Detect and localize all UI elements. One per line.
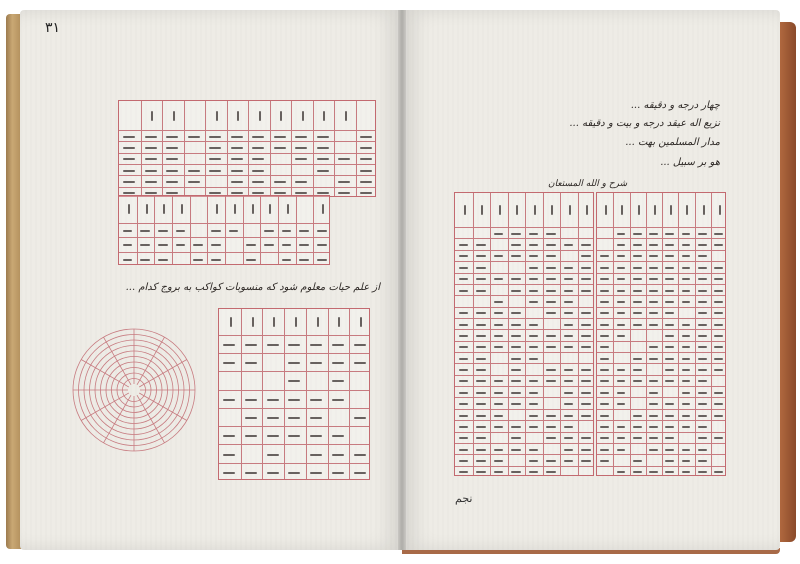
handwritten-entry bbox=[529, 324, 539, 326]
handwritten-entry bbox=[529, 449, 539, 451]
row-rule bbox=[455, 454, 593, 455]
handwritten-entry bbox=[158, 259, 168, 261]
handwritten-entry bbox=[476, 358, 486, 360]
handwritten-entry bbox=[459, 460, 469, 462]
row-rule bbox=[597, 295, 725, 296]
handwritten-entry bbox=[546, 346, 556, 348]
handwritten-entry bbox=[564, 301, 574, 303]
handwritten-entry bbox=[459, 403, 469, 405]
row-rule bbox=[597, 420, 725, 421]
middle-table bbox=[118, 195, 330, 265]
handwritten-entry bbox=[246, 259, 256, 261]
handwritten-entry bbox=[464, 205, 466, 215]
handwritten-entry bbox=[516, 205, 518, 215]
handwritten-entry bbox=[665, 369, 674, 371]
handwritten-entry bbox=[698, 278, 707, 280]
handwritten-entry bbox=[145, 181, 157, 183]
handwritten-entry bbox=[564, 278, 574, 280]
handwritten-entry bbox=[600, 426, 609, 428]
handwritten-entry bbox=[511, 380, 521, 382]
handwritten-entry bbox=[158, 230, 168, 232]
handwritten-entry bbox=[511, 312, 521, 314]
handwritten-entry bbox=[600, 369, 609, 371]
row-rule bbox=[455, 329, 593, 330]
handwritten-entry bbox=[145, 170, 157, 172]
handwritten-entry bbox=[123, 259, 133, 261]
right-page-left-table bbox=[454, 192, 594, 476]
row-rule bbox=[119, 153, 375, 154]
handwritten-entry bbox=[476, 437, 486, 439]
handwritten-entry bbox=[476, 415, 486, 417]
handwritten-entry bbox=[299, 259, 309, 261]
folio-number: ٣١ bbox=[45, 20, 60, 36]
handwritten-entry bbox=[245, 344, 257, 346]
handwritten-entry bbox=[698, 369, 707, 371]
handwritten-entry bbox=[230, 317, 232, 327]
handwritten-entry bbox=[698, 392, 707, 394]
handwritten-entry bbox=[274, 136, 286, 138]
handwritten-entry bbox=[564, 312, 574, 314]
handwritten-entry bbox=[360, 136, 372, 138]
handwritten-entry bbox=[310, 399, 322, 401]
handwritten-entry bbox=[295, 317, 297, 327]
handwritten-entry bbox=[123, 170, 135, 172]
handwritten-entry bbox=[529, 346, 539, 348]
handwritten-entry bbox=[682, 290, 691, 292]
handwritten-entry bbox=[511, 437, 521, 439]
handwritten-entry bbox=[287, 204, 289, 214]
column-rule bbox=[225, 196, 226, 264]
handwritten-entry bbox=[581, 278, 591, 280]
handwritten-entry bbox=[633, 278, 642, 280]
handwritten-entry bbox=[288, 417, 300, 419]
handwritten-entry bbox=[649, 426, 658, 428]
handwritten-entry bbox=[209, 147, 221, 149]
column-rule bbox=[695, 193, 696, 475]
handwritten-entry bbox=[529, 415, 539, 417]
handwritten-entry bbox=[546, 290, 556, 292]
handwritten-entry bbox=[459, 415, 469, 417]
handwritten-entry bbox=[140, 230, 150, 232]
handwritten-entry bbox=[166, 170, 178, 172]
handwritten-entry bbox=[529, 267, 539, 269]
handwritten-entry bbox=[211, 244, 221, 246]
handwritten-entry bbox=[529, 301, 539, 303]
handwritten-entry bbox=[163, 204, 165, 214]
handwritten-entry bbox=[617, 278, 626, 280]
column-rule bbox=[141, 101, 142, 196]
handwritten-entry bbox=[193, 259, 203, 261]
handwritten-entry bbox=[209, 170, 221, 172]
handwritten-entry bbox=[581, 392, 591, 394]
row-rule bbox=[597, 250, 725, 251]
handwritten-entry bbox=[617, 335, 626, 337]
handwritten-entry bbox=[494, 312, 504, 314]
handwritten-entry bbox=[649, 358, 658, 360]
handwritten-entry bbox=[223, 472, 235, 474]
paragraph-line-1: چهار درجه و دقیقه ... bbox=[435, 100, 720, 111]
handwritten-entry bbox=[529, 460, 539, 462]
handwritten-entry bbox=[317, 147, 329, 149]
handwritten-entry bbox=[633, 415, 642, 417]
handwritten-entry bbox=[617, 244, 626, 246]
handwritten-entry bbox=[546, 267, 556, 269]
handwritten-entry bbox=[665, 267, 674, 269]
handwritten-entry bbox=[649, 290, 658, 292]
handwritten-entry bbox=[310, 435, 322, 437]
handwritten-entry bbox=[682, 403, 691, 405]
handwritten-entry bbox=[511, 278, 521, 280]
handwritten-entry bbox=[714, 335, 723, 337]
handwritten-entry bbox=[269, 204, 271, 214]
handwritten-entry bbox=[310, 417, 322, 419]
handwritten-entry bbox=[529, 392, 539, 394]
handwritten-entry bbox=[140, 259, 150, 261]
handwritten-entry bbox=[211, 259, 221, 261]
handwritten-entry bbox=[511, 290, 521, 292]
handwritten-entry bbox=[714, 233, 723, 235]
handwritten-entry bbox=[188, 170, 200, 172]
handwritten-entry bbox=[665, 426, 674, 428]
handwritten-entry bbox=[605, 205, 607, 215]
row-rule bbox=[597, 227, 725, 228]
handwritten-entry bbox=[546, 460, 556, 462]
handwritten-entry bbox=[600, 403, 609, 405]
handwritten-entry bbox=[600, 301, 609, 303]
row-rule bbox=[455, 341, 593, 342]
handwritten-entry bbox=[682, 380, 691, 382]
handwritten-entry bbox=[332, 362, 344, 364]
handwritten-entry bbox=[665, 346, 674, 348]
handwritten-entry bbox=[494, 255, 504, 257]
handwritten-entry bbox=[682, 449, 691, 451]
handwritten-entry bbox=[546, 471, 556, 473]
handwritten-entry bbox=[698, 312, 707, 314]
column-rule bbox=[349, 309, 350, 479]
handwritten-entry bbox=[231, 136, 243, 138]
handwritten-entry bbox=[264, 230, 274, 232]
handwritten-entry bbox=[600, 449, 609, 451]
handwritten-entry bbox=[649, 403, 658, 405]
handwritten-entry bbox=[581, 403, 591, 405]
handwritten-entry bbox=[665, 403, 674, 405]
handwritten-entry bbox=[698, 415, 707, 417]
handwritten-entry bbox=[564, 267, 574, 269]
handwritten-entry bbox=[546, 426, 556, 428]
handwritten-entry bbox=[338, 192, 350, 194]
handwritten-entry bbox=[299, 230, 309, 232]
handwritten-entry bbox=[600, 324, 609, 326]
handwritten-entry bbox=[649, 437, 658, 439]
handwritten-entry bbox=[617, 290, 626, 292]
handwritten-entry bbox=[633, 255, 642, 257]
handwritten-entry bbox=[703, 205, 705, 215]
handwritten-entry bbox=[338, 181, 350, 183]
handwritten-entry bbox=[459, 278, 469, 280]
handwritten-entry bbox=[494, 335, 504, 337]
handwritten-entry bbox=[719, 205, 721, 215]
handwritten-entry bbox=[476, 369, 486, 371]
handwritten-entry bbox=[476, 335, 486, 337]
handwritten-entry bbox=[166, 147, 178, 149]
handwritten-entry bbox=[494, 426, 504, 428]
handwritten-entry bbox=[617, 437, 626, 439]
handwritten-entry bbox=[698, 460, 707, 462]
handwritten-entry bbox=[633, 369, 642, 371]
handwritten-entry bbox=[682, 278, 691, 280]
handwritten-entry bbox=[476, 324, 486, 326]
handwritten-entry bbox=[345, 111, 347, 121]
handwritten-entry bbox=[633, 301, 642, 303]
handwritten-entry bbox=[511, 335, 521, 337]
handwritten-entry bbox=[569, 205, 571, 215]
handwritten-entry bbox=[360, 181, 372, 183]
handwritten-entry bbox=[145, 136, 157, 138]
handwritten-entry bbox=[223, 435, 235, 437]
handwritten-entry bbox=[633, 290, 642, 292]
handwritten-entry bbox=[229, 230, 239, 232]
handwritten-entry bbox=[245, 472, 257, 474]
handwritten-entry bbox=[649, 346, 658, 348]
handwritten-entry bbox=[529, 233, 539, 235]
handwritten-entry bbox=[682, 415, 691, 417]
handwritten-entry bbox=[665, 324, 674, 326]
handwritten-entry bbox=[665, 244, 674, 246]
handwritten-entry bbox=[476, 278, 486, 280]
handwritten-entry bbox=[245, 435, 257, 437]
handwritten-entry bbox=[581, 369, 591, 371]
handwritten-entry bbox=[698, 403, 707, 405]
handwritten-entry bbox=[459, 449, 469, 451]
handwritten-entry bbox=[494, 449, 504, 451]
handwritten-entry bbox=[633, 233, 642, 235]
row-rule bbox=[597, 238, 725, 239]
handwritten-entry bbox=[252, 136, 264, 138]
handwritten-entry bbox=[123, 181, 135, 183]
column-rule bbox=[291, 101, 292, 196]
paragraph-line-4: هو بر سبیل ... bbox=[435, 157, 720, 168]
handwritten-entry bbox=[459, 324, 469, 326]
handwritten-entry bbox=[288, 344, 300, 346]
handwritten-entry bbox=[459, 437, 469, 439]
handwritten-entry bbox=[682, 301, 691, 303]
column-rule bbox=[578, 193, 579, 475]
handwritten-entry bbox=[682, 255, 691, 257]
handwritten-entry bbox=[246, 244, 256, 246]
handwritten-entry bbox=[151, 111, 153, 121]
handwritten-entry bbox=[459, 312, 469, 314]
handwritten-entry bbox=[146, 204, 148, 214]
column-rule bbox=[313, 196, 314, 264]
handwritten-entry bbox=[223, 399, 235, 401]
handwritten-entry bbox=[698, 358, 707, 360]
handwritten-entry bbox=[649, 449, 658, 451]
handwritten-entry bbox=[231, 147, 243, 149]
handwritten-entry bbox=[649, 415, 658, 417]
handwritten-entry bbox=[546, 415, 556, 417]
handwritten-entry bbox=[600, 255, 609, 257]
handwritten-entry bbox=[617, 426, 626, 428]
handwritten-entry bbox=[459, 426, 469, 428]
handwritten-entry bbox=[317, 136, 329, 138]
row-rule bbox=[455, 432, 593, 433]
handwritten-entry bbox=[698, 437, 707, 439]
handwritten-entry bbox=[237, 111, 239, 121]
handwritten-entry bbox=[564, 403, 574, 405]
handwritten-entry bbox=[581, 346, 591, 348]
handwritten-entry bbox=[234, 204, 236, 214]
handwritten-entry bbox=[564, 392, 574, 394]
handwritten-entry bbox=[145, 158, 157, 160]
handwritten-entry bbox=[581, 460, 591, 462]
row-rule bbox=[597, 397, 725, 398]
row-rule bbox=[597, 466, 725, 467]
handwritten-entry bbox=[317, 230, 327, 232]
handwritten-entry bbox=[698, 290, 707, 292]
handwritten-entry bbox=[665, 255, 674, 257]
row-rule bbox=[119, 252, 329, 253]
handwritten-entry bbox=[166, 158, 178, 160]
handwritten-entry bbox=[600, 267, 609, 269]
handwritten-entry bbox=[158, 244, 168, 246]
handwritten-entry bbox=[698, 233, 707, 235]
handwritten-entry bbox=[546, 255, 556, 257]
column-rule bbox=[543, 193, 544, 475]
handwritten-entry bbox=[600, 312, 609, 314]
handwritten-entry bbox=[494, 460, 504, 462]
handwritten-entry bbox=[617, 267, 626, 269]
handwritten-entry bbox=[665, 460, 674, 462]
column-rule bbox=[356, 101, 357, 196]
row-rule bbox=[455, 386, 593, 387]
handwritten-entry bbox=[459, 369, 469, 371]
handwritten-entry bbox=[273, 317, 275, 327]
row-rule bbox=[597, 432, 725, 433]
handwritten-entry bbox=[529, 358, 539, 360]
handwritten-entry bbox=[600, 358, 609, 360]
row-rule bbox=[455, 295, 593, 296]
handwritten-entry bbox=[617, 312, 626, 314]
handwritten-entry bbox=[581, 312, 591, 314]
handwritten-entry bbox=[332, 399, 344, 401]
handwritten-entry bbox=[564, 290, 574, 292]
handwritten-entry bbox=[617, 403, 626, 405]
row-rule bbox=[455, 227, 593, 228]
handwritten-entry bbox=[564, 244, 574, 246]
handwritten-entry bbox=[476, 392, 486, 394]
handwritten-entry bbox=[494, 278, 504, 280]
handwritten-entry bbox=[459, 244, 469, 246]
handwritten-entry bbox=[682, 392, 691, 394]
column-rule bbox=[525, 193, 526, 475]
handwritten-entry bbox=[633, 471, 642, 473]
handwritten-entry bbox=[546, 312, 556, 314]
handwritten-entry bbox=[145, 147, 157, 149]
handwritten-entry bbox=[581, 290, 591, 292]
handwritten-entry bbox=[511, 369, 521, 371]
handwritten-entry bbox=[231, 158, 243, 160]
row-rule bbox=[119, 187, 375, 188]
handwritten-entry bbox=[665, 415, 674, 417]
column-rule bbox=[205, 101, 206, 196]
handwritten-entry bbox=[617, 369, 626, 371]
row-rule bbox=[455, 273, 593, 274]
handwritten-entry bbox=[698, 380, 707, 382]
handwritten-entry bbox=[459, 267, 469, 269]
handwritten-entry bbox=[317, 170, 329, 172]
handwritten-entry bbox=[459, 380, 469, 382]
handwritten-entry bbox=[317, 259, 327, 261]
handwritten-entry bbox=[476, 244, 486, 246]
row-rule bbox=[597, 341, 725, 342]
handwritten-entry bbox=[617, 233, 626, 235]
handwritten-entry bbox=[476, 290, 486, 292]
handwritten-entry bbox=[665, 380, 674, 382]
handwritten-entry bbox=[360, 158, 372, 160]
handwritten-entry bbox=[564, 324, 574, 326]
handwritten-entry bbox=[231, 181, 243, 183]
handwritten-entry bbox=[714, 324, 723, 326]
handwritten-entry bbox=[476, 403, 486, 405]
row-rule bbox=[455, 284, 593, 285]
gutter bbox=[398, 10, 406, 550]
column-rule bbox=[184, 101, 185, 196]
handwritten-entry bbox=[649, 324, 658, 326]
handwritten-entry bbox=[140, 244, 150, 246]
handwritten-entry bbox=[354, 362, 366, 364]
row-rule bbox=[597, 409, 725, 410]
handwritten-entry bbox=[476, 460, 486, 462]
column-rule bbox=[172, 196, 173, 264]
handwritten-entry bbox=[714, 346, 723, 348]
handwritten-entry bbox=[476, 449, 486, 451]
handwritten-entry bbox=[714, 437, 723, 439]
handwritten-entry bbox=[698, 346, 707, 348]
handwritten-entry bbox=[223, 362, 235, 364]
handwritten-entry bbox=[638, 205, 640, 215]
handwritten-entry bbox=[529, 403, 539, 405]
handwritten-entry bbox=[267, 454, 279, 456]
handwritten-entry bbox=[360, 147, 372, 149]
handwritten-entry bbox=[600, 415, 609, 417]
handwritten-entry bbox=[494, 301, 504, 303]
handwritten-entry bbox=[564, 437, 574, 439]
row-rule bbox=[455, 375, 593, 376]
handwritten-entry bbox=[459, 290, 469, 292]
handwritten-entry bbox=[476, 471, 486, 473]
column-rule bbox=[243, 196, 244, 264]
handwritten-entry bbox=[259, 111, 261, 121]
handwritten-entry bbox=[252, 158, 264, 160]
handwritten-entry bbox=[682, 233, 691, 235]
handwritten-entry bbox=[282, 230, 292, 232]
handwritten-entry bbox=[649, 312, 658, 314]
handwritten-entry bbox=[252, 204, 254, 214]
row-rule bbox=[119, 237, 329, 238]
handwritten-entry bbox=[166, 181, 178, 183]
handwritten-entry bbox=[665, 437, 674, 439]
handwritten-entry bbox=[511, 426, 521, 428]
row-rule bbox=[597, 261, 725, 262]
handwritten-entry bbox=[209, 158, 221, 160]
column-rule bbox=[313, 101, 314, 196]
handwritten-entry bbox=[682, 471, 691, 473]
handwritten-entry bbox=[633, 380, 642, 382]
handwritten-entry bbox=[529, 255, 539, 257]
handwritten-entry bbox=[581, 267, 591, 269]
column-rule bbox=[630, 193, 631, 475]
handwritten-entry bbox=[564, 426, 574, 428]
